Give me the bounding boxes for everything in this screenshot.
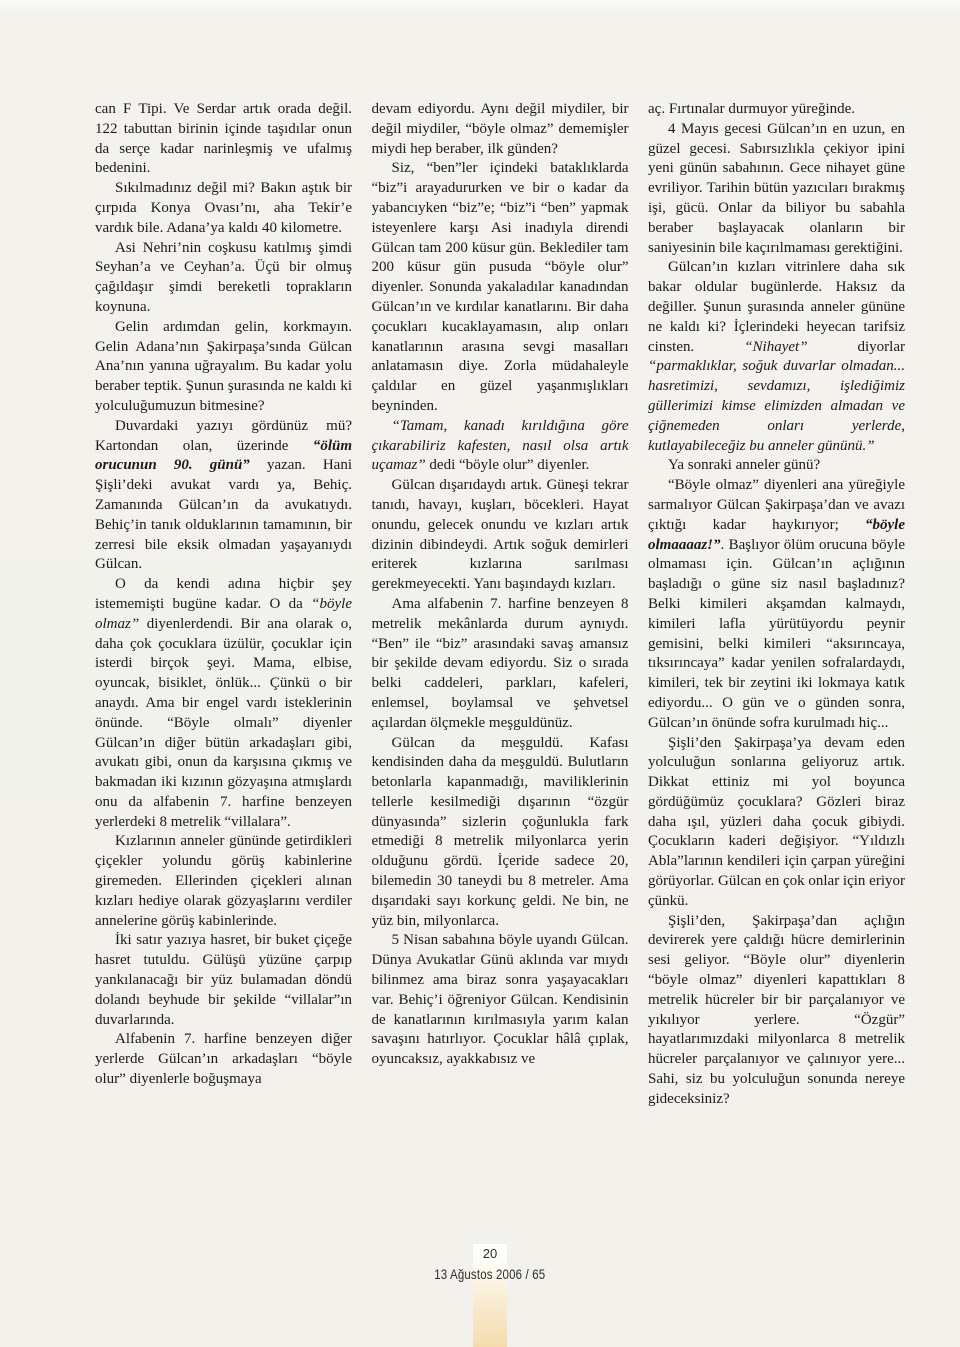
issue-date: 13 Ağustos 2006 / 65 [388,1266,592,1282]
paragraph: Kızlarının anneler gününde getirdikleri … [95,832,352,931]
paragraph: “Tamam, kanadı kırıldığına göre çıkarabi… [372,417,629,476]
paragraph: Duvardaki yazıyı gördünüz mü? Kartondan … [95,417,352,575]
issue-date-text: 13 Ağustos 2006 / 65 [434,1266,545,1282]
text-segment: aç. Fırtınalar durmuyor yüreğinde. [648,101,855,117]
paragraph: Alfabenin 7. harfine benzeyen diğer yerl… [95,1030,352,1089]
paragraph: O da kendi adına hiçbir şey istememişti … [95,575,352,832]
paragraph: Sıkılmadınız değil mi? Bakın aştık bir ç… [95,179,352,238]
text-segment: Ya sonraki anneler günü? [668,457,820,473]
text-segment: Gülcan da meşguldü. Kafası kendisinden d… [372,735,629,929]
paragraph: Gülcan dışarıdaydı artık. Güneşi tekrar … [372,476,629,595]
paragraph: Siz, “ben”ler içindeki bataklıklarda “bi… [372,159,629,416]
paragraph: devam ediyordu. Aynı değil miydiler, bir… [372,100,629,159]
paragraph: Ya sonraki anneler günü? [648,456,905,476]
text-segment: Şişli’den Şakirpaşa’ya devam eden yolcul… [648,735,905,909]
text-segment: Sıkılmadınız değil mi? Bakın aştık bir ç… [95,180,352,236]
paragraph: Şişli’den Şakirpaşa’ya devam eden yolcul… [648,734,905,912]
text-segment: “Nihayet” [744,339,807,355]
text-segment: can F Tipi. Ve Serdar artık orada değil.… [95,101,352,176]
text-segment: devam ediyordu. Aynı değil miydiler, bir… [372,101,629,157]
text-segment: Kızlarının anneler gününde getirdikleri … [95,833,352,928]
paragraph: “Böyle olmaz” diyenleri ana yüreğiyle sa… [648,476,905,733]
text-segment: . Başlıyor ölüm orucuna böyle olmaması i… [648,537,905,731]
article-body: can F Tipi. Ve Serdar artık orada değil.… [95,100,905,1110]
paragraph: Şişli’den, Şakirpaşa’dan açlığın devirer… [648,912,905,1110]
paragraph: Gelin ardımdan gelin, korkmayın. Gelin A… [95,318,352,417]
magazine-page: can F Tipi. Ve Serdar artık orada değil.… [0,0,960,1347]
text-segment: Şişli’den, Şakirpaşa’dan açlığın devirer… [648,913,905,1107]
paragraph: Ama alfabenin 7. harfine benzeyen 8 metr… [372,595,629,734]
text-segment: Gelin ardımdan gelin, korkmayın. Gelin A… [95,319,352,414]
text-segment: diyorlar [808,339,905,355]
text-segment: yazan. Hani Şişli’deki avukat vardı ya, … [95,457,352,572]
paragraph: İki satır yazıya hasret, bir buket çiçeğ… [95,931,352,1030]
paragraph: 5 Nisan sabahına böyle uyandı Gülcan. Dü… [372,931,629,1070]
text-segment: “parmaklıklar, soğuk duvarlar olmadan...… [648,358,905,453]
text-segment: dedi “böyle olur” diyenler. [426,457,590,473]
paragraph: Gülcan’ın kızları vitrinlere daha sık ba… [648,258,905,456]
text-segment: diyenlerdendi. Bir ana olarak o, daha ço… [95,616,352,830]
text-column-1: can F Tipi. Ve Serdar artık orada değil.… [95,100,352,1110]
paragraph: Asi Nehri’nin coşkusu katılmış şimdi Sey… [95,239,352,318]
text-segment: Alfabenin 7. harfine benzeyen diğer yerl… [95,1031,352,1087]
paragraph: aç. Fırtınalar durmuyor yüreğinde. [648,100,905,120]
text-segment: 4 Mayıs gecesi Gülcan’ın en uzun, en güz… [648,121,905,256]
text-segment: 5 Nisan sabahına böyle uyandı Gülcan. Dü… [372,932,629,1067]
text-segment: Siz, “ben”ler içindeki bataklıklarda “bi… [372,160,629,414]
text-segment: Asi Nehri’nin coşkusu katılmış şimdi Sey… [95,240,352,315]
text-column-3: aç. Fırtınalar durmuyor yüreğinde.4 Mayı… [648,100,905,1110]
text-segment: İki satır yazıya hasret, bir buket çiçeğ… [95,932,352,1027]
text-segment: Gülcan dışarıdaydı artık. Güneşi tekrar … [372,477,629,592]
paragraph: Gülcan da meşguldü. Kafası kendisinden d… [372,734,629,932]
paragraph: 4 Mayıs gecesi Gülcan’ın en uzun, en güz… [648,120,905,259]
paragraph: can F Tipi. Ve Serdar artık orada değil.… [95,100,352,179]
text-column-2: devam ediyordu. Aynı değil miydiler, bir… [372,100,629,1110]
page-number: 20 [473,1246,507,1261]
text-segment: Ama alfabenin 7. harfine benzeyen 8 metr… [372,596,629,731]
